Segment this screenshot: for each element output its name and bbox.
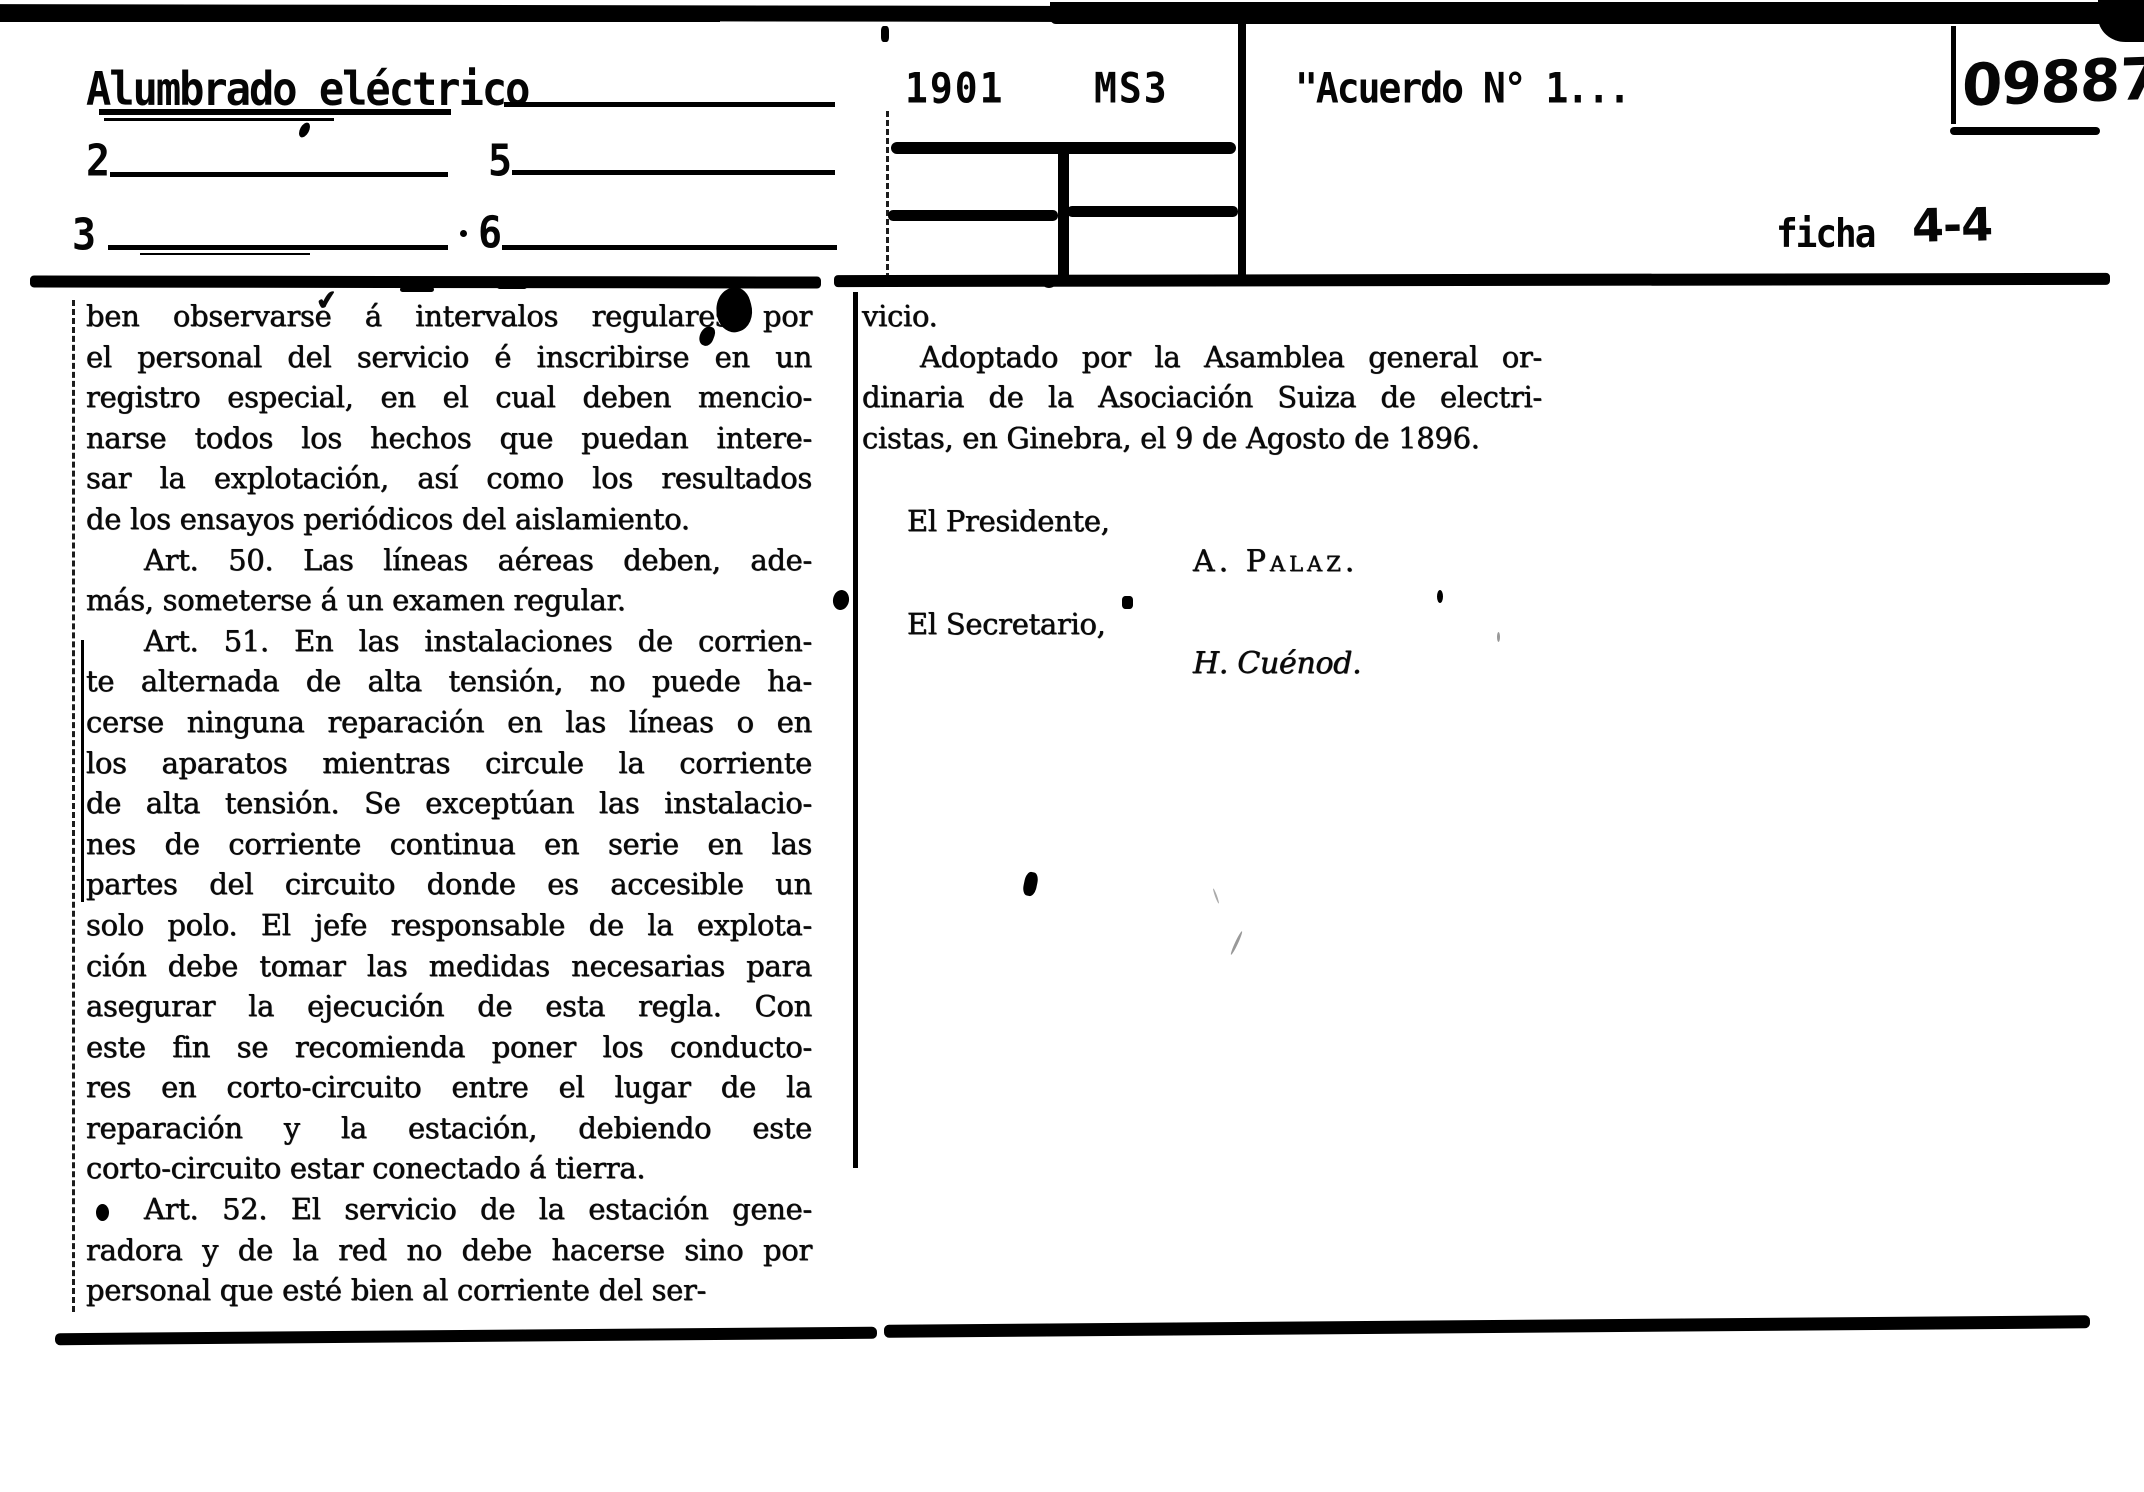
printed-text-line: Art. 50. Las líneas aéreas deben, ade- — [86, 540, 812, 581]
printed-text-line: partes del circuito donde es accesible u… — [86, 864, 812, 905]
subject-underline-double — [104, 118, 334, 121]
card-number: 09887 — [1961, 45, 2144, 120]
printed-text-line: sar la explotación, así como los resulta… — [86, 458, 812, 499]
ink-speck — [460, 230, 467, 237]
header-rule-right — [834, 273, 2110, 287]
printed-text-line: nes de corriente continua en serie en la… — [86, 824, 812, 865]
ink-asterisk — [1122, 596, 1133, 609]
field-5-blank-line — [512, 170, 835, 175]
ink-speck — [1437, 590, 1443, 603]
printed-text-line: te alternada de alta tensión, no puede h… — [86, 661, 812, 702]
ink-speck — [297, 121, 312, 139]
faint-scribble — [1230, 931, 1244, 956]
printed-text-line: de los ensayos periódicos del aislamient… — [86, 499, 812, 540]
printed-text-line: El Presidente, — [907, 501, 1542, 542]
accent-speck — [1044, 283, 1054, 288]
printed-text-line: cerse ninguna reparación en las líneas o… — [86, 702, 812, 743]
printed-text-line: vicio. — [862, 296, 1542, 337]
printed-text-line: H. Cuénod. — [1193, 644, 1542, 685]
printed-text-line: cistas, en Ginebra, el 9 de Agosto de 18… — [862, 418, 1542, 459]
printed-text-line: radora y de la red no debe hacerse sino … — [86, 1230, 812, 1271]
accent-speck — [868, 280, 877, 285]
class-grid-hline-right — [1067, 206, 1238, 217]
printed-text-line: asegurar la ejecución de esta regla. Con — [86, 986, 812, 1027]
class-cell-right-border — [1238, 24, 1246, 284]
printed-text-line: Adoptado por la Asamblea general or- — [862, 337, 1542, 378]
ficha-label: ficha — [1776, 212, 1874, 257]
field-1-blank-line — [504, 102, 835, 107]
printed-text-line: narse todos los hechos que puedan intere… — [86, 418, 812, 459]
faint-scribble — [1497, 632, 1500, 642]
bullet-before-art52 — [96, 1204, 109, 1221]
printed-text-line: los aparatos mientras circule la corrien… — [86, 743, 812, 784]
printed-text-line: este fin se recomienda poner los conduct… — [86, 1027, 812, 1068]
class-grid-hline-left — [888, 210, 1058, 221]
printed-text-line: res en corto-circuito entre el lugar de … — [86, 1067, 812, 1108]
bottom-rule — [55, 1327, 877, 1345]
ink-dash — [497, 284, 527, 289]
field-3-number: 3 — [72, 210, 94, 261]
ink-speck — [881, 26, 889, 42]
printed-text-line: Art. 52. El servicio de la estación gene… — [86, 1189, 812, 1230]
subject-underline — [99, 109, 451, 115]
field-2-blank-line — [110, 172, 448, 177]
printed-text-line: registro especial, en el cual deben menc… — [86, 377, 812, 418]
top-scan-bar-left — [0, 12, 720, 22]
printed-text-line: personal que esté bien al corriente del … — [86, 1270, 812, 1311]
printed-text-line: reparación y la estación, debiendo este — [86, 1108, 812, 1149]
field-6-number: 6 — [478, 208, 500, 259]
class-cell-left-border — [886, 111, 889, 279]
ficha-number: 4-4 — [1912, 197, 1993, 252]
printed-text-line: A. Palaz. — [1193, 542, 1542, 583]
faint-scribble — [1212, 888, 1219, 904]
card-number-left-border — [1951, 26, 1956, 124]
printed-text-line: ción debe tomar las medidas necesarias p… — [86, 946, 812, 987]
left-margin-line — [72, 300, 75, 1312]
subject-label: Alumbrado eléctrico — [86, 62, 528, 116]
check-mark-ink: ✔ — [314, 285, 340, 318]
printed-text-line: corto-circuito estar conectado á tierra. — [86, 1148, 812, 1189]
field-2-number: 2 — [86, 136, 108, 187]
right-column: vicio.Adoptado por la Asamblea general o… — [862, 296, 1542, 685]
left-column: ben observarse á intervalos regulares po… — [86, 296, 812, 1311]
field-5-number: 5 — [488, 136, 510, 187]
classification-code: MS3 — [1094, 64, 1169, 112]
card-title: "Acuerdo N° 1... — [1295, 64, 1629, 112]
field-3-blank-line-double — [140, 253, 310, 255]
printed-text-line: dinaria de la Asociación Suiza de electr… — [862, 377, 1542, 418]
bottom-rule-right — [884, 1315, 2090, 1337]
scanned-index-card: Alumbrado eléctrico 2 5 3 6 1901 MS3 "Ac… — [0, 0, 2144, 1492]
column-divider — [853, 292, 858, 1168]
year-value: 1901 — [905, 64, 1005, 112]
corner-blob — [2098, 0, 2144, 42]
top-scan-bar-thick — [1050, 2, 2144, 24]
ink-dash — [400, 287, 434, 292]
card-number-underline — [1950, 127, 2100, 135]
printed-text-line: de alta tensión. Se exceptúan las instal… — [86, 783, 812, 824]
printed-text-line: más, someterse á un examen regular. — [86, 580, 812, 621]
left-margin-line-double — [81, 640, 84, 902]
field-6-blank-line — [502, 245, 837, 250]
printed-text-line: Art. 51. En las instalaciones de corrien… — [86, 621, 812, 662]
printed-text-line: El Secretario, — [907, 604, 1542, 645]
ink-diamond — [1022, 871, 1040, 897]
ink-dot-divider — [831, 589, 850, 611]
printed-text-line: solo polo. El jefe responsable de la exp… — [86, 905, 812, 946]
field-3-blank-line — [108, 245, 448, 250]
